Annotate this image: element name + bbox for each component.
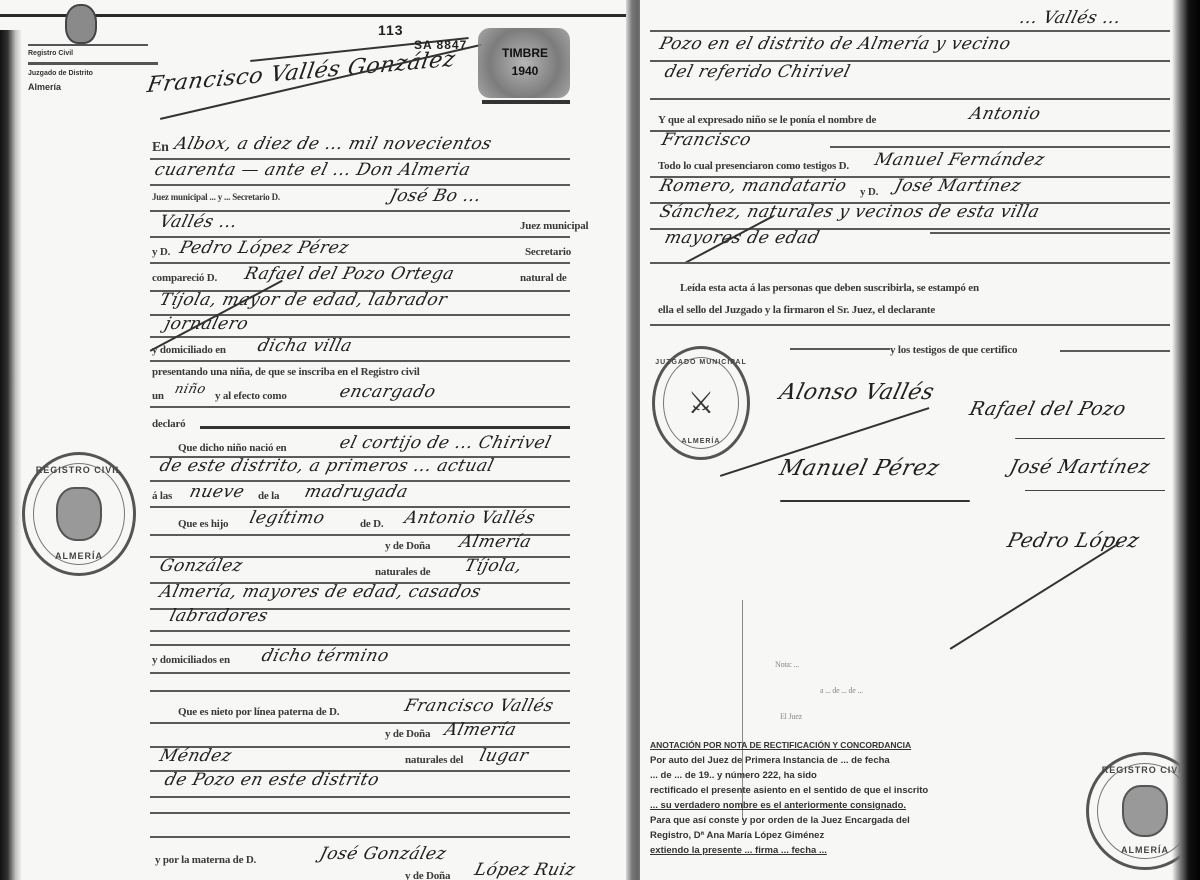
registry-stamp-left: REGISTRO CIVIL ALMERÍA bbox=[22, 452, 136, 576]
signature: Alonso Vallés bbox=[777, 380, 937, 405]
register-number: 113 bbox=[378, 22, 404, 38]
fiscal-stamp: 113 SA 8847 TIMBRE 1940 bbox=[478, 18, 574, 118]
serial-number: SA 8847 bbox=[414, 38, 467, 52]
signature: Manuel Pérez bbox=[777, 456, 942, 481]
coat-of-arms-icon bbox=[65, 4, 97, 44]
page-edge-shadow bbox=[0, 30, 22, 880]
signature: Pedro López bbox=[1005, 528, 1142, 552]
fiscal-stamp-year: 1940 bbox=[480, 64, 570, 78]
place-label: Almería bbox=[28, 82, 61, 92]
court-seal: JUZGADO MUNICIPAL ⚔ ALMERÍA bbox=[652, 346, 750, 460]
signature: Rafael del Pozo bbox=[967, 398, 1128, 420]
office-label: Registro Civil bbox=[28, 50, 73, 57]
left-page: Registro Civil Juzgado de Distrito Almer… bbox=[0, 0, 630, 880]
office-header: Registro Civil Juzgado de Distrito Almer… bbox=[10, 0, 170, 100]
page-edge-shadow bbox=[1172, 0, 1200, 880]
scanned-document: Registro Civil Juzgado de Distrito Almer… bbox=[0, 0, 1200, 880]
fiscal-stamp-label: TIMBRE bbox=[480, 46, 570, 60]
marginal-annotation: ANOTACIÓN POR NOTA DE RECTIFICACIÓN Y CO… bbox=[650, 738, 1010, 858]
jurisdiction-label: Juzgado de Distrito bbox=[28, 70, 93, 77]
signature: José Martínez bbox=[1007, 456, 1152, 478]
